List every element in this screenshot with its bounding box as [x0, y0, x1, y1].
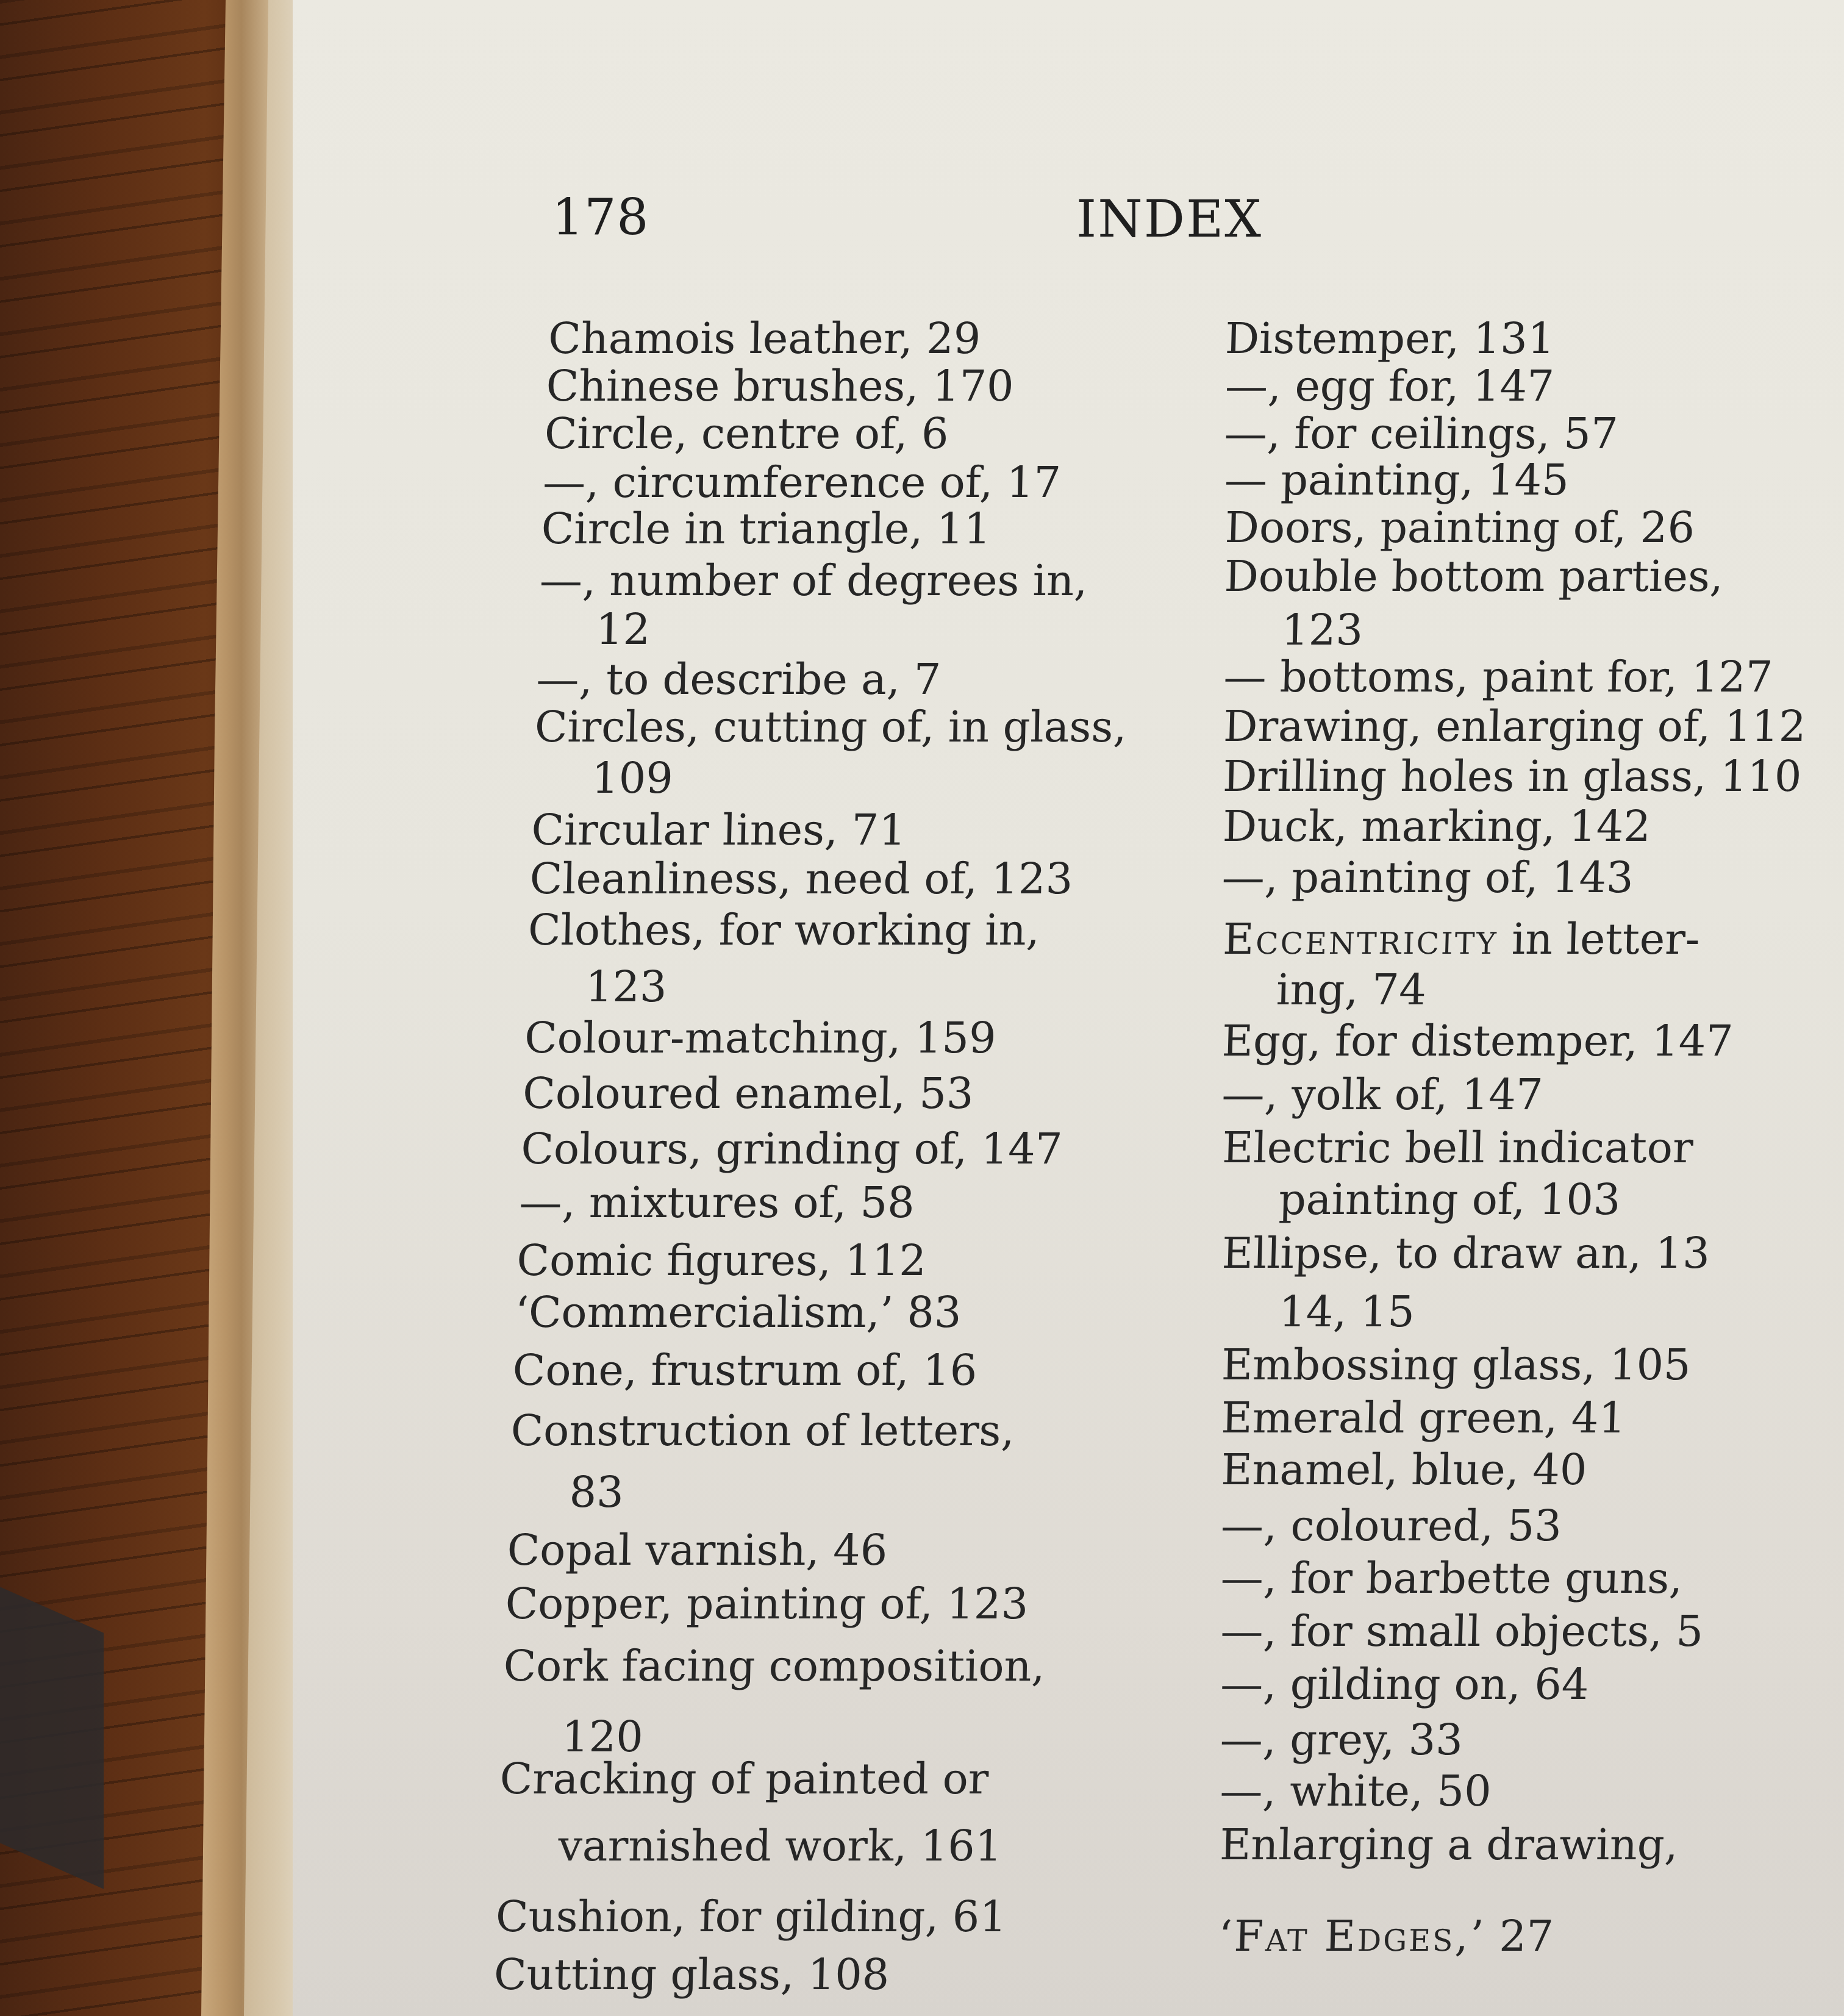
index-entry: —, for barbette guns, [1220, 1557, 1683, 1600]
index-entry: Drawing, enlarging of, 112 [1223, 705, 1807, 748]
index-entry: —, number of degrees in, [539, 559, 1088, 602]
index-entry: Copper, painting of, 123 [505, 1582, 1029, 1625]
index-entry-continuation: 12 [596, 608, 651, 651]
index-entry: Ellipse, to draw an, 13 [1221, 1232, 1710, 1274]
index-entry: —, gilding on, 64 [1220, 1663, 1589, 1706]
index-entry-continuation: 14, 15 [1278, 1290, 1415, 1333]
index-entry: Cushion, for gilding, 61 [495, 1895, 1007, 1938]
index-entry: Duck, marking, 142 [1222, 805, 1651, 848]
index-entry: Chamois leather, 29 [548, 317, 981, 360]
index-entry: Doors, painting of, 26 [1224, 506, 1695, 549]
index-entry: Circle in triangle, 11 [541, 507, 992, 550]
index-entry: Cone, frustrum of, 16 [512, 1349, 977, 1392]
index-entry-continuation: 109 [591, 757, 673, 799]
index-entry: —, coloured, 53 [1220, 1504, 1562, 1547]
index-entry: Colour-matching, 159 [524, 1017, 997, 1059]
index-entry: Copal varnish, 46 [507, 1529, 888, 1571]
index-entry: Coloured enamel, 53 [523, 1072, 974, 1115]
index-headword: Eccentricity [1222, 914, 1499, 964]
index-entry: —, for small objects, 5 [1220, 1610, 1704, 1653]
index-entry: —, white, 50 [1220, 1770, 1492, 1812]
index-entry: Electric bell indicator [1221, 1126, 1693, 1169]
index-entry-continuation: 123 [585, 965, 667, 1008]
index-entry: ‘Fat Edges,’ 27 [1218, 1915, 1554, 1957]
index-entry: — painting, 145 [1224, 459, 1570, 501]
index-entry: ‘Commercialism,’ 83 [515, 1291, 962, 1334]
index-entry: —, circumference of, 17 [543, 461, 1062, 504]
index-entry: —, to describe a, 7 [536, 658, 942, 701]
index-entry: Cork facing composition, [503, 1645, 1046, 1687]
index-entry: —, egg for, 147 [1224, 365, 1555, 407]
index-entry-continuation: ing, 74 [1276, 968, 1427, 1011]
index-entry-rest: in letter- [1498, 914, 1701, 964]
index-entry: —, for ceilings, 57 [1224, 412, 1618, 455]
index-entry-continuation: 83 [569, 1471, 624, 1514]
index-entry: Enlarging a drawing, [1219, 1823, 1678, 1866]
running-head: 178 INDEX [293, 189, 1844, 250]
index-entry: Egg, for distemper, 147 [1221, 1020, 1734, 1062]
index-entry: Cracking of painted or [499, 1757, 989, 1800]
index-entry: —, painting of, 143 [1221, 856, 1634, 899]
index-entry: — bottoms, paint for, 127 [1223, 656, 1774, 698]
index-entry: Clothes, for working in, [527, 909, 1040, 951]
page-number: 178 [552, 189, 649, 247]
index-entry: Eccentricity in letter- [1222, 918, 1700, 960]
index-entry-continuation: varnished work, 161 [558, 1825, 1002, 1867]
index-entry: Colours, grinding of, 147 [521, 1128, 1063, 1170]
index-entry: Embossing glass, 105 [1221, 1343, 1692, 1386]
index-entry: —, grey, 33 [1220, 1718, 1463, 1761]
index-entry: —, yolk of, 147 [1221, 1073, 1544, 1116]
index-entry-continuation: 123 [1281, 609, 1363, 651]
index-entry: Circles, cutting of, in glass, [534, 706, 1127, 748]
index-entry-rest: 27 [1485, 1911, 1554, 1961]
book-page: 178 INDEX Chamois leather, 29Chinese bru… [293, 0, 1844, 2016]
index-entry: Double bottom parties, [1224, 555, 1724, 598]
index-entry: Distemper, 131 [1224, 317, 1555, 360]
index-entry: Emerald green, 41 [1221, 1396, 1626, 1439]
index-entry: Cutting glass, 108 [493, 1953, 890, 1996]
index-entry: Circle, centre of, 6 [544, 412, 949, 455]
index-entry-continuation: 120 [562, 1715, 644, 1758]
index-entry: Circular lines, 71 [531, 809, 907, 851]
index-entry: Enamel, blue, 40 [1221, 1448, 1588, 1491]
index-entry-continuation: painting of, 103 [1278, 1178, 1621, 1221]
index-entry: —, mixtures of, 58 [519, 1181, 915, 1224]
index-entry: Construction of letters, [510, 1409, 1015, 1452]
index-entry: Cleanliness, need of, 123 [529, 857, 1073, 900]
index-entry: Comic figures, 112 [516, 1239, 927, 1282]
index-entry: Chinese brushes, 170 [546, 365, 1014, 407]
page-title: INDEX [1076, 189, 1262, 249]
index-entry: Drilling holes in glass, 110 [1222, 755, 1802, 798]
index-headword: ‘Fat Edges,’ [1218, 1911, 1486, 1961]
metal-object-shadow [0, 1587, 104, 1889]
